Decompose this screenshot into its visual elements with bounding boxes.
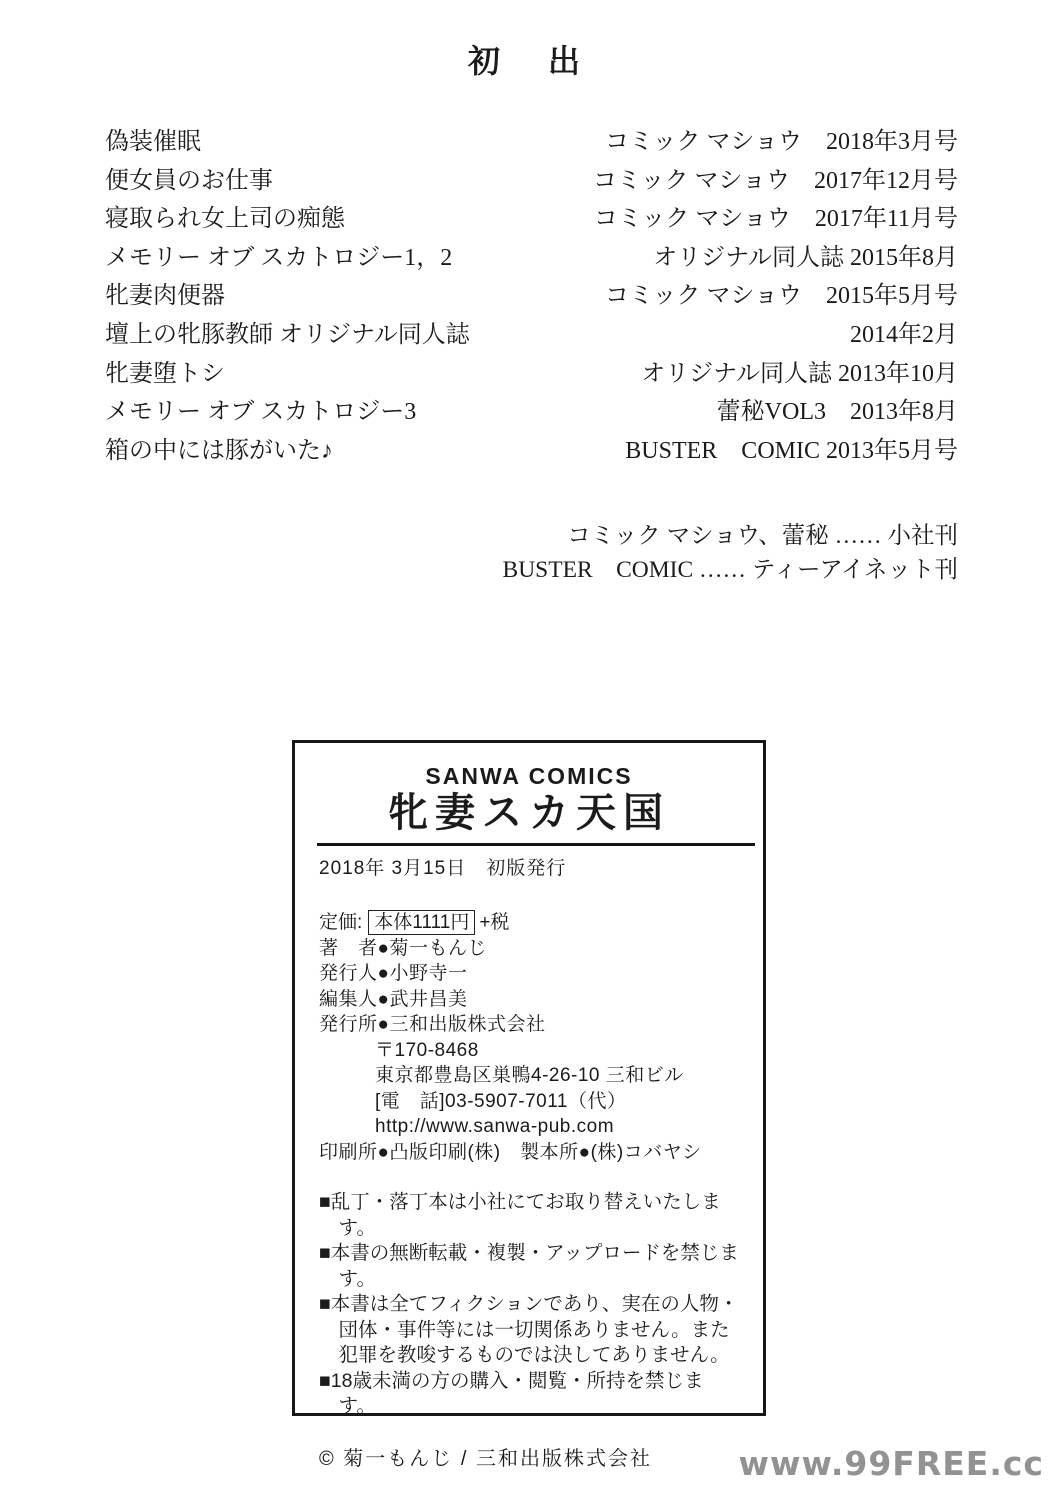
row-label: 著 者: [319, 938, 378, 959]
work-title: メモリー オブ スカトロジー3: [105, 391, 416, 426]
colophon-box: SANWA COMICS 牝妻スカ天国 2018年 3月15日 初版発行 定価:…: [292, 740, 766, 1416]
notice-item: ■本書の無断転載・複製・アップロードを禁じます。: [319, 1241, 739, 1292]
publisher-url: http://www.sanwa-pub.com: [375, 1114, 739, 1140]
notice-item: ■本書は全てフィクションであり、実在の人物・団体・事件等には一切関係ありません。…: [319, 1292, 739, 1369]
list-item: 偽装催眠 コミック マショウ 2018年3月号: [105, 121, 958, 160]
work-source: 蕾秘VOL3 2013年8月: [717, 391, 958, 426]
postal-code: 〒170-8468: [375, 1038, 739, 1064]
row-value: 小野寺一: [390, 963, 468, 984]
price-line: 定価: 本体1111円 +税: [319, 910, 739, 936]
work-title: 牝妻堕トシ: [105, 353, 225, 388]
work-source: コミック マショウ 2017年11月号: [594, 198, 958, 233]
notice-item: ■18歳未満の方の購入・閲覧・所持を禁じます。: [319, 1369, 739, 1420]
square-bullet: ■: [319, 1191, 331, 1213]
row-label: 編集人: [319, 989, 378, 1010]
square-bullet: ■: [319, 1242, 331, 1264]
work-title: 壇上の牝豚教師 オリジナル同人誌: [105, 314, 470, 349]
list-item: 牝妻肉便器 コミック マショウ 2015年5月号: [105, 275, 958, 314]
price-label: 定価:: [319, 910, 362, 936]
list-item: 寝取られ女上司の痴態 コミック マショウ 2017年11月号: [105, 198, 958, 237]
work-source: BUSTER COMIC 2013年5月号: [625, 430, 958, 465]
publisher-note: BUSTER COMIC …… ティーアイネット刊: [503, 554, 958, 588]
square-bullet: ■: [319, 1293, 331, 1315]
bullet-separator: ●: [378, 989, 390, 1010]
phone-number: [電 話]03-5907-7011（代）: [375, 1089, 739, 1115]
list-item: 牝妻堕トシ オリジナル同人誌 2013年10月: [105, 353, 958, 392]
watermark-stamp: www.99FREE.cc: [738, 1444, 1044, 1483]
bullet-separator: ●: [378, 1014, 390, 1035]
work-title: 寝取られ女上司の痴態: [105, 198, 345, 233]
work-source: 2014年2月: [850, 314, 958, 349]
row-value: 三和出版株式会社: [390, 1014, 546, 1035]
row-label: 発行人: [319, 963, 378, 984]
work-title: 便女員のお仕事: [105, 160, 273, 195]
colophon-page: 初 出 偽装催眠 コミック マショウ 2018年3月号 便女員のお仕事 コミック…: [0, 0, 1056, 1500]
issuer-row: 発行人●小野寺一: [319, 961, 739, 987]
work-source: コミック マショウ 2017年12月号: [593, 160, 958, 195]
publisher-row: 発行所●三和出版株式会社: [319, 1012, 739, 1038]
bullet-separator: ●: [378, 938, 390, 959]
list-item: メモリー オブ スカトロジー3 蕾秘VOL3 2013年8月: [105, 391, 958, 430]
bullet-separator: ●: [378, 963, 390, 984]
book-title: 牝妻スカ天国: [319, 791, 739, 835]
publisher-notes: コミック マショウ、蕾秘 …… 小社刊 BUSTER COMIC …… ティーア…: [503, 520, 958, 587]
row-value: 菊一もんじ: [390, 938, 488, 959]
printer-binder-row: 印刷所●凸版印刷(株) 製本所●(株)コバヤシ: [319, 1140, 739, 1166]
price-tax-suffix: +税: [479, 910, 509, 936]
work-source: コミック マショウ 2015年5月号: [605, 275, 958, 310]
publisher-note: コミック マショウ、蕾秘 …… 小社刊: [503, 520, 958, 554]
publisher-address: 〒170-8468 東京都豊島区巣鴨4-26-10 三和ビル [電 話]03-5…: [319, 1038, 739, 1140]
list-item: 便女員のお仕事 コミック マショウ 2017年12月号: [105, 160, 958, 199]
work-title: 偽装催眠: [105, 121, 201, 156]
street-address: 東京都豊島区巣鴨4-26-10 三和ビル: [375, 1063, 739, 1089]
work-title: 箱の中には豚がいた♪: [105, 430, 333, 465]
author-row: 著 者●菊一もんじ: [319, 936, 739, 962]
edition-date: 2018年 3月15日 初版発行: [319, 856, 739, 882]
imprint-label: SANWA COMICS: [319, 763, 739, 789]
row-value: 武井昌美: [390, 989, 468, 1010]
price-value-box: 本体1111円: [368, 910, 475, 935]
notice-text: 乱丁・落丁本は小社にてお取り替えいたします。: [331, 1191, 721, 1239]
work-source: オリジナル同人誌 2015年8月: [653, 237, 958, 272]
copyright-line: © 菊一もんじ / 三和出版株式会社: [319, 1445, 739, 1473]
square-bullet: ■: [319, 1370, 331, 1392]
page-title: 初 出: [0, 36, 1056, 82]
notice-text: 18歳未満の方の購入・閲覧・所持を禁じます。: [331, 1370, 704, 1418]
list-item: 箱の中には豚がいた♪ BUSTER COMIC 2013年5月号: [105, 430, 958, 469]
notice-text: 本書の無断転載・複製・アップロードを禁じます。: [331, 1242, 739, 1290]
first-publication-list: 偽装催眠 コミック マショウ 2018年3月号 便女員のお仕事 コミック マショ…: [105, 121, 958, 468]
notice-list: ■乱丁・落丁本は小社にてお取り替えいたします。 ■本書の無断転載・複製・アップロ…: [319, 1190, 739, 1420]
work-title: メモリー オブ スカトロジー1，2: [105, 237, 452, 272]
notice-text: 本書は全てフィクションであり、実在の人物・団体・事件等には一切関係ありません。ま…: [331, 1293, 739, 1366]
work-title: 牝妻肉便器: [105, 275, 225, 310]
row-label: 発行所: [319, 1014, 378, 1035]
notice-item: ■乱丁・落丁本は小社にてお取り替えいたします。: [319, 1190, 739, 1241]
work-source: オリジナル同人誌 2013年10月: [641, 353, 958, 388]
title-rule: [317, 843, 755, 846]
list-item: 壇上の牝豚教師 オリジナル同人誌 2014年2月: [105, 314, 958, 353]
list-item: メモリー オブ スカトロジー1，2 オリジナル同人誌 2015年8月: [105, 237, 958, 276]
editor-row: 編集人●武井昌美: [319, 987, 739, 1013]
work-source: コミック マショウ 2018年3月号: [605, 121, 958, 156]
